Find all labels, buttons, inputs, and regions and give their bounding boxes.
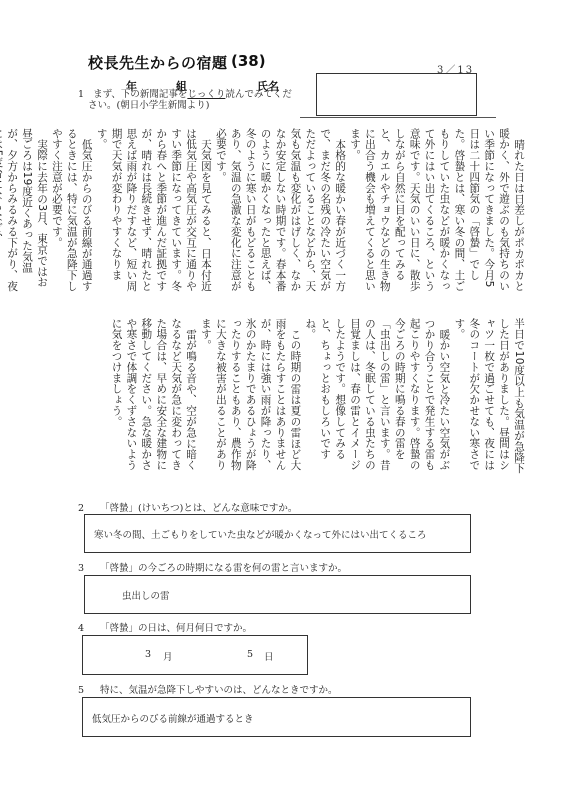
article-paragraph: 晴れた日は日差しがポカポカと暖かく、外で遊ぶのも気持ちのいい季節になってきました…: [347, 128, 526, 294]
name-input-box[interactable]: [316, 73, 477, 116]
question-2: 2「啓蟄」(けいちつ)とは、どんな意味ですか。: [78, 500, 297, 514]
answer-box-5[interactable]: 低気圧からのびる前線が通過するとき: [82, 697, 471, 737]
question-1-underlined: じっくり: [187, 89, 225, 100]
question-2-number: 2: [78, 503, 100, 514]
question-3-number: 3: [78, 563, 100, 574]
question-3-text: 「啓蟄」の今ごろの時期になる雷を何の雷と言いますか。: [100, 563, 347, 574]
answer-2-text: 寒い冬の間、土ごもりをしていた虫などが暖かくなって外にはい出てくるころ: [94, 527, 427, 541]
question-1-text-after: 読んでみてくだ: [225, 89, 292, 100]
divider-line: [300, 117, 496, 118]
question-3: 3「啓蟄」の今ごろの時期になる雷を何の雷と言いますか。: [78, 560, 347, 574]
question-1-text-before: まず、下の新聞記事を: [93, 89, 187, 100]
worksheet-title: 校長先生からの宿題: [88, 52, 228, 73]
answer-4-month-unit: 月: [163, 649, 173, 663]
article-paragraph: 暖かい空気と冷たい空気がぶつかり合うことで発生する雷も起こりやすくなります。啓蟄…: [302, 318, 451, 478]
question-5: 5特に、気温が急降下しやすいのは、どんなときですか。: [78, 682, 338, 696]
question-4-text: 「啓蟄」の日は、何月何日ですか。: [100, 623, 252, 634]
answer-4-day: 5: [247, 649, 253, 660]
question-1: 1 まず、下の新聞記事をじっくり読んでみてくだ さい。(朝日小学生新聞より): [78, 89, 318, 111]
article-paragraph: 実際に去年の3月、東京ではお昼ごろは19度近くあった気温が、夕方からみるみる下が…: [0, 128, 49, 294]
answer-5-text: 低気圧からのびる前線が通過するとき: [92, 711, 254, 725]
question-4-number: 4: [78, 623, 100, 634]
question-1-line-2: さい。(朝日小学生新聞より): [78, 100, 318, 111]
answer-box-4[interactable]: 3 月 5 日: [82, 635, 308, 675]
answer-box-2[interactable]: 寒い冬の間、土ごもりをしていた虫などが暖かくなって外にはい出てくるころ: [84, 514, 471, 553]
newspaper-article-bottom: 半日で10度以上も気温が急降下した日がありました。昼間はシャツ一枚で過ごせても、…: [166, 318, 526, 478]
answer-4-day-unit: 日: [264, 649, 274, 663]
question-5-text: 特に、気温が急降下しやすいのは、どんなときですか。: [100, 685, 338, 696]
question-5-number: 5: [78, 685, 100, 696]
article-paragraph: この時期の雷は夏の雷ほど大雨をもたらすことはありませんが、時には強い雨が降ったり…: [198, 318, 302, 478]
question-4: 4「啓蟄」の日は、何月何日ですか。: [78, 620, 252, 634]
question-1-number: 1: [78, 89, 84, 100]
answer-box-3[interactable]: 虫出しの雷: [84, 575, 471, 614]
article-paragraph: 雷が鳴る音や、空が急に暗くなるなど天気が急に変わってきた場合は、早めに安全な建物…: [109, 318, 198, 478]
article-paragraph-continued: 半日で10度以上も気温が急降下した日がありました。昼間はシャツ一枚で過ごせても、…: [451, 318, 526, 478]
answer-4-month: 3: [145, 649, 151, 660]
question-2-text: 「啓蟄」(けいちつ)とは、どんな意味ですか。: [100, 503, 297, 514]
article-paragraph: 本格的な暖かい春が近づく一方で、まだ冬の名残の冷たい空気がただよっていることなど…: [213, 128, 347, 294]
answer-3-text: 虫出しの雷: [122, 588, 170, 602]
article-paragraph: 天気図を見てみると、日本付近は低気圧や高気圧が交互に通りやすい季節になってきてい…: [94, 128, 213, 294]
worksheet-issue-number: (38): [231, 52, 266, 70]
article-paragraph: 低気圧からのびる前線が通過するときには、特に気温が急降下しやすく注意が必要です。: [49, 128, 94, 294]
newspaper-article-top: 晴れた日は日差しがポカポカと暖かく、外で遊ぶのも気持ちのいい季節になってきました…: [36, 128, 526, 294]
